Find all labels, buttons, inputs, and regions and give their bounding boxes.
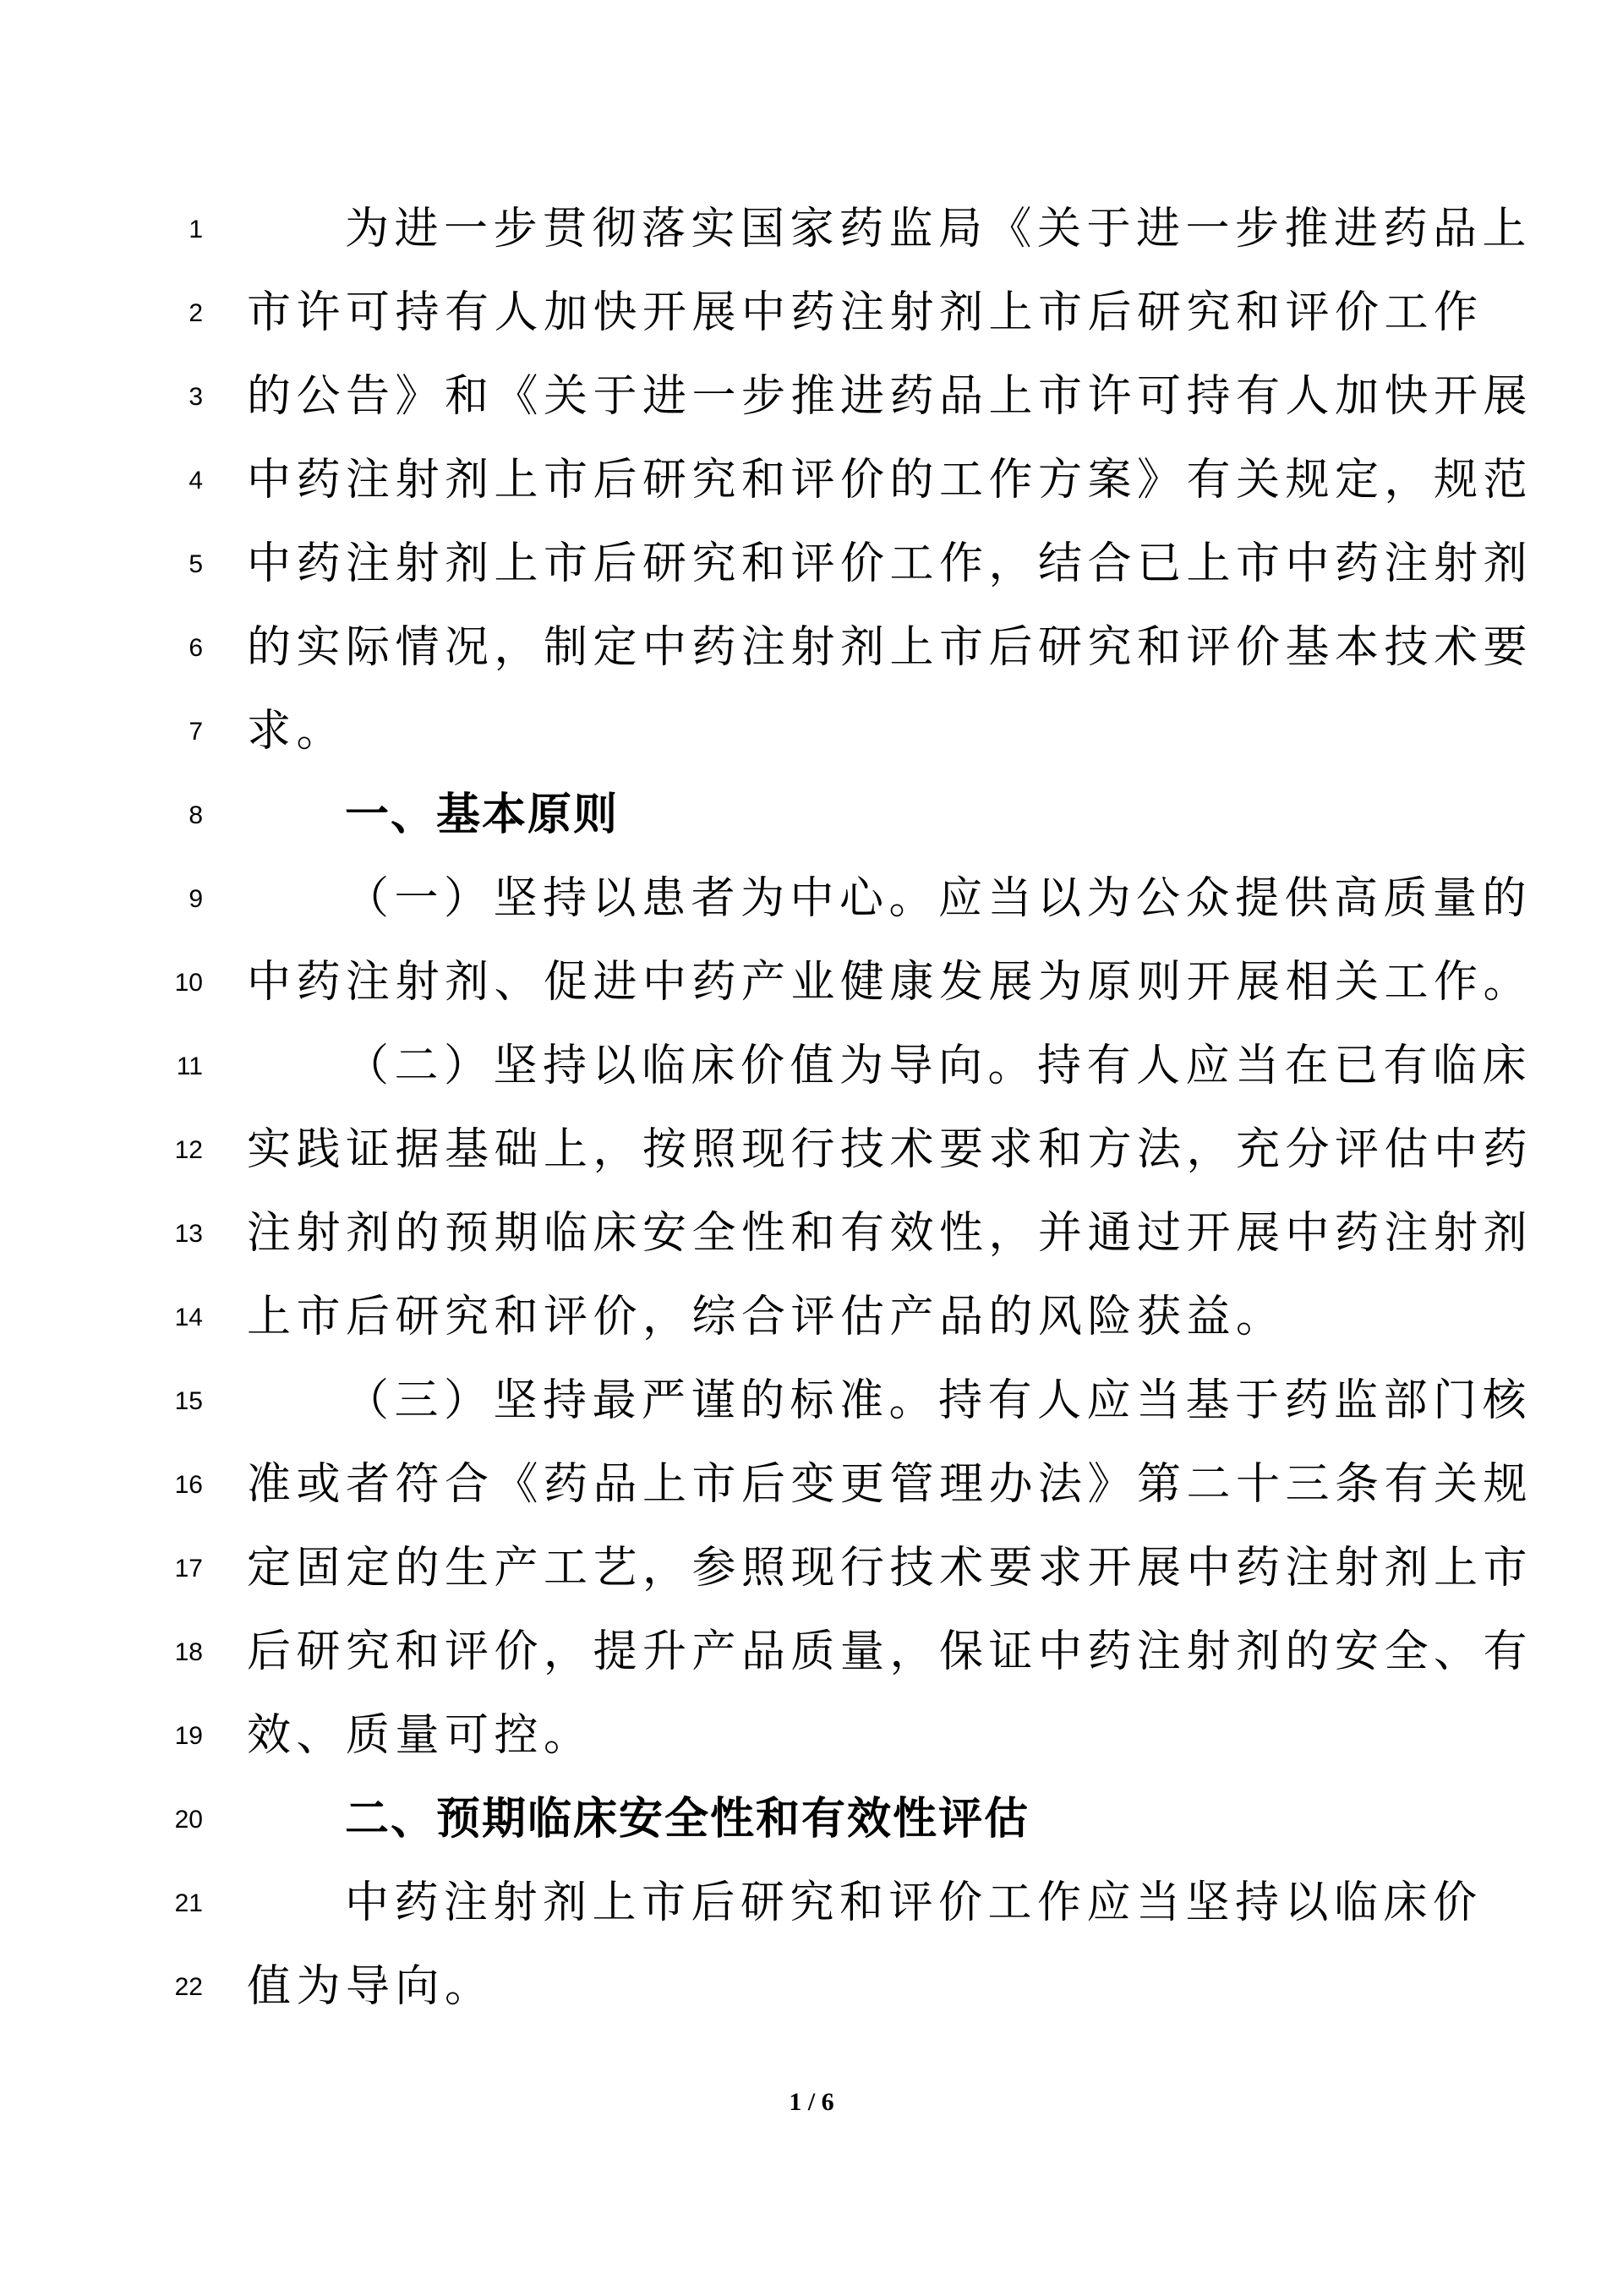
paragraph-text: 中药注射剂上市后研究和评价的工作方案》有关规定，规范 — [247, 439, 1430, 522]
line-number: 3 — [127, 355, 203, 439]
document-line: 12 实践证据基础上，按照现行技术要求和方法，充分评估中药 — [0, 1108, 1623, 1192]
line-number: 20 — [127, 1778, 203, 1861]
line-number: 17 — [127, 1527, 203, 1610]
paragraph-text: 中药注射剂上市后研究和评价工作，结合已上市中药注射剂 — [247, 522, 1430, 606]
paragraph-text: 中药注射剂上市后研究和评价工作应当坚持以临床价 — [345, 1861, 1528, 1945]
line-number: 5 — [127, 522, 203, 606]
line-number: 2 — [127, 271, 203, 355]
document-line: 18 后研究和评价，提升产品质量，保证中药注射剂的安全、有 — [0, 1610, 1623, 1694]
paragraph-text: 准或者符合《药品上市后变更管理办法》第二十三条有关规 — [247, 1443, 1430, 1527]
paragraph-text: 的公告》和《关于进一步推进药品上市许可持有人加快开展 — [247, 355, 1430, 439]
line-number: 12 — [127, 1108, 203, 1192]
section-heading: 二、预期临床安全性和有效性评估 — [345, 1778, 1528, 1861]
document-line: 2 市许可持有人加快开展中药注射剂上市后研究和评价工作 — [0, 271, 1623, 355]
line-number: 11 — [127, 1025, 203, 1108]
document-line: 20 二、预期临床安全性和有效性评估 — [0, 1778, 1623, 1861]
paragraph-text: 上市后研究和评价，综合评估产品的风险获益。 — [247, 1276, 1430, 1359]
paragraph-text: 中药注射剂、促进中药产业健康发展为原则开展相关工作。 — [247, 941, 1430, 1025]
line-number: 8 — [127, 774, 203, 857]
line-number: 1 — [127, 188, 203, 271]
line-number: 4 — [127, 439, 203, 522]
document-line: 15 （三）坚持最严谨的标准。持有人应当基于药监部门核 — [0, 1359, 1623, 1443]
document-line: 7 求。 — [0, 690, 1623, 774]
document-line: 16 准或者符合《药品上市后变更管理办法》第二十三条有关规 — [0, 1443, 1623, 1527]
document-line: 21 中药注射剂上市后研究和评价工作应当坚持以临床价 — [0, 1861, 1623, 1945]
paragraph-text: 求。 — [247, 690, 1430, 774]
document-line: 6 的实际情况，制定中药注射剂上市后研究和评价基本技术要 — [0, 606, 1623, 690]
paragraph-text: 效、质量可控。 — [247, 1694, 1430, 1778]
paragraph-text: 为进一步贯彻落实国家药监局《关于进一步推进药品上 — [345, 188, 1528, 271]
section-heading: 一、基本原则 — [345, 774, 1528, 857]
document-line: 5 中药注射剂上市后研究和评价工作，结合已上市中药注射剂 — [0, 522, 1623, 606]
line-number: 19 — [127, 1694, 203, 1778]
page-number: 1 / 6 — [0, 2088, 1623, 2117]
document-line: 8 一、基本原则 — [0, 774, 1623, 857]
document-page: 1 为进一步贯彻落实国家药监局《关于进一步推进药品上 2 市许可持有人加快开展中… — [0, 0, 1623, 2296]
line-number: 18 — [127, 1610, 203, 1694]
document-line: 11 （二）坚持以临床价值为导向。持有人应当在已有临床 — [0, 1025, 1623, 1108]
line-number: 9 — [127, 857, 203, 941]
paragraph-text: 后研究和评价，提升产品质量，保证中药注射剂的安全、有 — [247, 1610, 1430, 1694]
line-number: 16 — [127, 1443, 203, 1527]
paragraph-text: （三）坚持最严谨的标准。持有人应当基于药监部门核 — [345, 1359, 1528, 1443]
paragraph-text: 注射剂的预期临床安全性和有效性，并通过开展中药注射剂 — [247, 1192, 1430, 1276]
paragraph-text: 定固定的生产工艺，参照现行技术要求开展中药注射剂上市 — [247, 1527, 1430, 1610]
paragraph-text: 的实际情况，制定中药注射剂上市后研究和评价基本技术要 — [247, 606, 1430, 690]
line-number: 14 — [127, 1276, 203, 1359]
document-line: 14 上市后研究和评价，综合评估产品的风险获益。 — [0, 1276, 1623, 1359]
document-line: 13 注射剂的预期临床安全性和有效性，并通过开展中药注射剂 — [0, 1192, 1623, 1276]
line-number: 15 — [127, 1359, 203, 1443]
paragraph-text: 值为导向。 — [247, 1945, 1430, 2029]
document-line: 17 定固定的生产工艺，参照现行技术要求开展中药注射剂上市 — [0, 1527, 1623, 1610]
line-number: 22 — [127, 1945, 203, 2029]
document-line: 10 中药注射剂、促进中药产业健康发展为原则开展相关工作。 — [0, 941, 1623, 1025]
document-line: 1 为进一步贯彻落实国家药监局《关于进一步推进药品上 — [0, 188, 1623, 271]
paragraph-text: 实践证据基础上，按照现行技术要求和方法，充分评估中药 — [247, 1108, 1430, 1192]
document-line: 22 值为导向。 — [0, 1945, 1623, 2029]
line-number: 7 — [127, 690, 203, 774]
document-line: 3 的公告》和《关于进一步推进药品上市许可持有人加快开展 — [0, 355, 1623, 439]
document-line: 4 中药注射剂上市后研究和评价的工作方案》有关规定，规范 — [0, 439, 1623, 522]
paragraph-text: （一）坚持以患者为中心。应当以为公众提供高质量的 — [345, 857, 1528, 941]
line-number: 6 — [127, 606, 203, 690]
line-number: 10 — [127, 941, 203, 1025]
line-number: 13 — [127, 1192, 203, 1276]
paragraph-text: 市许可持有人加快开展中药注射剂上市后研究和评价工作 — [247, 271, 1430, 355]
paragraph-text: （二）坚持以临床价值为导向。持有人应当在已有临床 — [345, 1025, 1528, 1108]
line-number: 21 — [127, 1861, 203, 1945]
document-line: 9 （一）坚持以患者为中心。应当以为公众提供高质量的 — [0, 857, 1623, 941]
document-line: 19 效、质量可控。 — [0, 1694, 1623, 1778]
